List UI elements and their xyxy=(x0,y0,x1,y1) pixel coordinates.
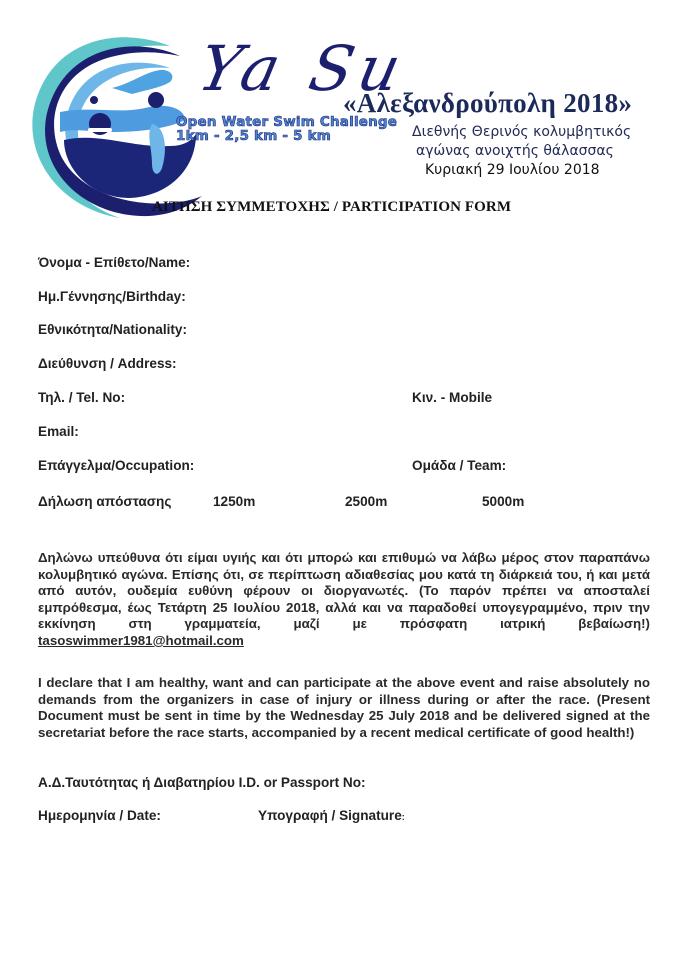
field-team-label: Ομάδα / Team: xyxy=(412,458,506,473)
event-title: «Αλεξανδρούπολη 2018» xyxy=(343,88,632,119)
logo-tagline-line2: 1km - 2,5 km - 5 km xyxy=(176,129,397,143)
form-title: ΑΙΤΗΣΗ ΣΥΜΜΕΤΟΧΗΣ / PARTICIPATION FORM xyxy=(152,199,511,216)
logo-tagline: Open Water Swim Challenge 1km - 2,5 km -… xyxy=(176,115,397,143)
event-subtitle-line2: αγώνας ανοιχτής θάλασσας xyxy=(416,143,614,159)
distance-option-2500m[interactable]: 2500m xyxy=(345,494,387,509)
field-mobile-label: Κιν. - Mobile xyxy=(412,390,492,405)
event-subtitle-line1: Διεθνής Θερινός κολυμβητικός xyxy=(412,124,631,140)
distance-option-5000m[interactable]: 5000m xyxy=(482,494,524,509)
field-name-label: Όνομα - Επίθετο/Name: xyxy=(38,255,190,270)
field-email-label: Email: xyxy=(38,424,79,439)
field-nationality-label: Εθνικότητα/Nationality: xyxy=(38,322,187,337)
field-address-label: Διεύθυνση / Address: xyxy=(38,356,177,371)
contact-email-link[interactable]: tasoswimmer1981@hotmail.com xyxy=(38,633,244,648)
declaration-greek: Δηλώνω υπεύθυνα ότι είμαι υγιής και ότι … xyxy=(38,550,650,650)
event-date: Κυριακή 29 Ιουλίου 2018 xyxy=(425,162,600,178)
field-occupation-label: Επάγγελμα/Occupation: xyxy=(38,458,194,473)
field-id-passport-label: Α.Δ.Ταυτότητας ή Διαβατηρίου I.D. or Pas… xyxy=(38,775,366,790)
field-birthday-label: Ημ.Γέννησης/Birthday: xyxy=(38,289,186,304)
field-tel-label: Τηλ. / Tel. No: xyxy=(38,390,125,405)
signature-colon: : xyxy=(402,812,405,822)
signature-label-text: Υπογραφή / Signature xyxy=(258,808,402,823)
distance-label: Δήλωση απόστασης xyxy=(38,494,171,509)
distance-option-1250m[interactable]: 1250m xyxy=(213,494,255,509)
field-signature-label: Υπογραφή / Signature: xyxy=(258,808,405,823)
declaration-greek-text: Δηλώνω υπεύθυνα ότι είμαι υγιής και ότι … xyxy=(38,550,650,631)
field-date-label: Ημερομηνία / Date: xyxy=(38,808,161,823)
declaration-english: I declare that I am healthy, want and ca… xyxy=(38,675,650,741)
